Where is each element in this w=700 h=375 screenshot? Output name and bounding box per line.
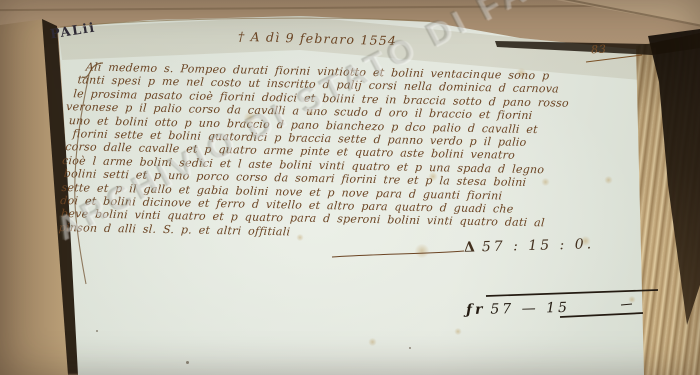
foxing-spot bbox=[454, 328, 462, 335]
foxing-spot bbox=[628, 296, 636, 303]
ink-speck bbox=[96, 330, 98, 332]
foxing-spot bbox=[414, 244, 430, 258]
florins-total: ƒr57 — 15 bbox=[466, 300, 570, 318]
folio-number: 83 bbox=[591, 43, 608, 57]
cardboard-crease bbox=[0, 5, 600, 11]
ducats-total-value: 57 : 15 : 0. bbox=[482, 236, 595, 255]
ink-speck bbox=[409, 347, 411, 349]
manuscript-body: Ali medemo s. Pompeo durati fiorini vint… bbox=[59, 60, 607, 245]
ducat-symbol: Δ bbox=[464, 239, 478, 255]
foxing-spot bbox=[368, 338, 377, 346]
foxing-spot bbox=[604, 176, 613, 184]
ink-speck bbox=[186, 361, 189, 364]
ducats-total: Δ57 : 15 : 0. bbox=[464, 236, 594, 255]
florin-symbol: ƒr bbox=[466, 302, 486, 318]
manuscript-photo: PALii † A dì 9 febraro 1554 83 Ali medem… bbox=[0, 0, 700, 375]
florins-total-value: 57 — 15 bbox=[490, 300, 570, 318]
